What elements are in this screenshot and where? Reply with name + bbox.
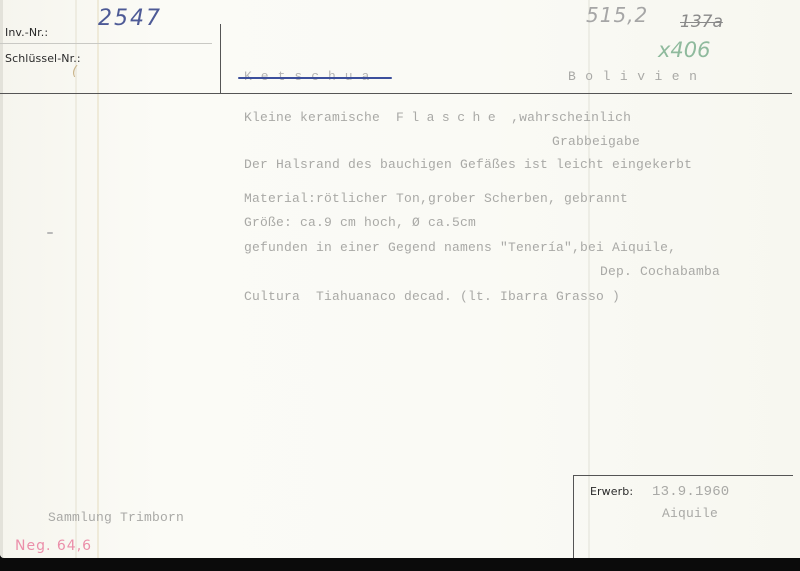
description-prefix: Kleine keramische (244, 110, 396, 125)
inventory-number-label: Inv.-Nr.: (5, 26, 48, 39)
inventory-number-handwritten: 2547 (98, 6, 162, 31)
header-divider-horizontal (0, 93, 792, 94)
green-annotation-number: x406 (658, 38, 711, 62)
description-suffix: ,wahrscheinlich (503, 110, 631, 125)
object-name-spaced: Flasche (396, 110, 503, 125)
key-number-label: Schlüssel-Nr.: (5, 52, 81, 65)
description-line-title: Kleine keramische Flasche ,wahrscheinlic… (244, 110, 631, 125)
negative-number: Neg. 64,6 (15, 538, 92, 554)
scan-background (0, 558, 800, 571)
struck-old-number: 137a (680, 12, 723, 32)
material-line: Material:rötlicher Ton,grober Scherben, … (244, 191, 628, 206)
culture-line: Cultura Tiahuanaco decad. (lt. Ibarra Gr… (244, 289, 620, 304)
collection-name: Sammlung Trimborn (48, 510, 184, 525)
acquisition-date: 13.9.1960 (652, 484, 729, 500)
catalog-card: Inv.-Nr.: 2547 Schlüssel-Nr.: ( Ketschua… (0, 0, 800, 558)
key-number-pencil-mark: ( (72, 64, 79, 79)
description-line-grave-goods: Grabbeigabe (552, 134, 640, 149)
acquisition-label: Erwerb: (590, 485, 633, 498)
inventory-underline (0, 43, 212, 44)
pencil-annotation-number: 515,2 (586, 3, 648, 27)
acquisition-place: Aiquile (662, 506, 718, 521)
acquisition-box-left (573, 475, 574, 558)
card-edge (0, 0, 3, 558)
findspot-department: Dep. Cochabamba (600, 264, 720, 279)
size-line: Größe: ca.9 cm hoch, Ø ca.5cm (244, 215, 476, 230)
acquisition-box-top (573, 475, 793, 476)
findspot-line: gefunden in einer Gegend namens "Tenería… (244, 240, 676, 255)
country: Bolivien (568, 69, 706, 84)
strikethrough-ink-line (238, 77, 392, 79)
paper-crease (97, 0, 99, 558)
header-divider-vertical (220, 24, 221, 94)
scan-smudge (47, 232, 53, 234)
paper-crease (75, 0, 77, 558)
description-line-rim: Der Halsrand des bauchigen Gefäßes ist l… (244, 157, 692, 172)
